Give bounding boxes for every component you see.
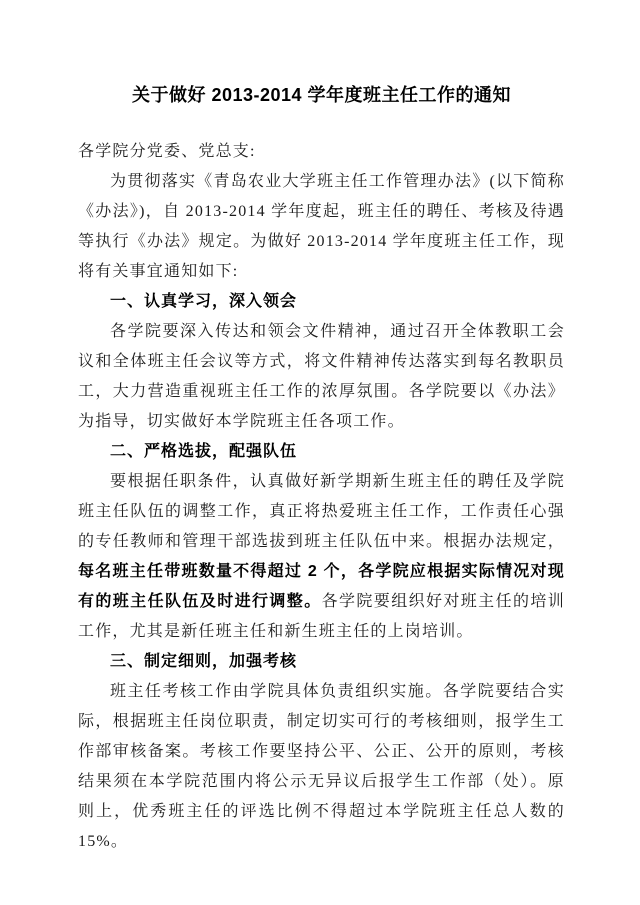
section-3-heading: 三、制定细则，加强考核	[78, 647, 565, 677]
text-run: 各学院要深入传达和领会文件精神，通过召开全体教职工会议和全体班主任会议等方式，将…	[78, 323, 565, 430]
section-1-heading: 一、认真学习，深入领会	[78, 287, 565, 317]
section-1-paragraph: 各学院要深入传达和领会文件精神，通过召开全体教职工会议和全体班主任会议等方式，将…	[78, 317, 565, 437]
document-body: 各学院分党委、党总支: 为贯彻落实《青岛农业大学班主任工作管理办法》(以下简称《…	[78, 137, 565, 857]
text-run: 要根据任职条件，认真做好新学期新生班主任的聘任及学院班主任队伍的调整工作，真正将…	[78, 473, 565, 550]
document-page: 关于做好 2013-2014 学年度班主任工作的通知 各学院分党委、党总支: 为…	[0, 0, 640, 905]
text-run: 班主任考核工作由学院具体负责组织实施。各学院要结合实际，根据班主任岗位职责，制定…	[78, 683, 565, 850]
section-2-paragraph: 要根据任职条件，认真做好新学期新生班主任的聘任及学院班主任队伍的调整工作，真正将…	[78, 467, 565, 647]
salutation-line: 各学院分党委、党总支:	[78, 137, 565, 167]
section-2-heading: 二、严格选拔，配强队伍	[78, 437, 565, 467]
section-2: 二、严格选拔，配强队伍 要根据任职条件，认真做好新学期新生班主任的聘任及学院班主…	[78, 437, 565, 647]
intro-paragraph: 为贯彻落实《青岛农业大学班主任工作管理办法》(以下简称《办法》)，自 2013-…	[78, 167, 565, 287]
document-title: 关于做好 2013-2014 学年度班主任工作的通知	[78, 82, 565, 108]
section-3-paragraph: 班主任考核工作由学院具体负责组织实施。各学院要结合实际，根据班主任岗位职责，制定…	[78, 677, 565, 857]
section-1: 一、认真学习，深入领会 各学院要深入传达和领会文件精神，通过召开全体教职工会议和…	[78, 287, 565, 437]
section-3: 三、制定细则，加强考核 班主任考核工作由学院具体负责组织实施。各学院要结合实际，…	[78, 647, 565, 857]
